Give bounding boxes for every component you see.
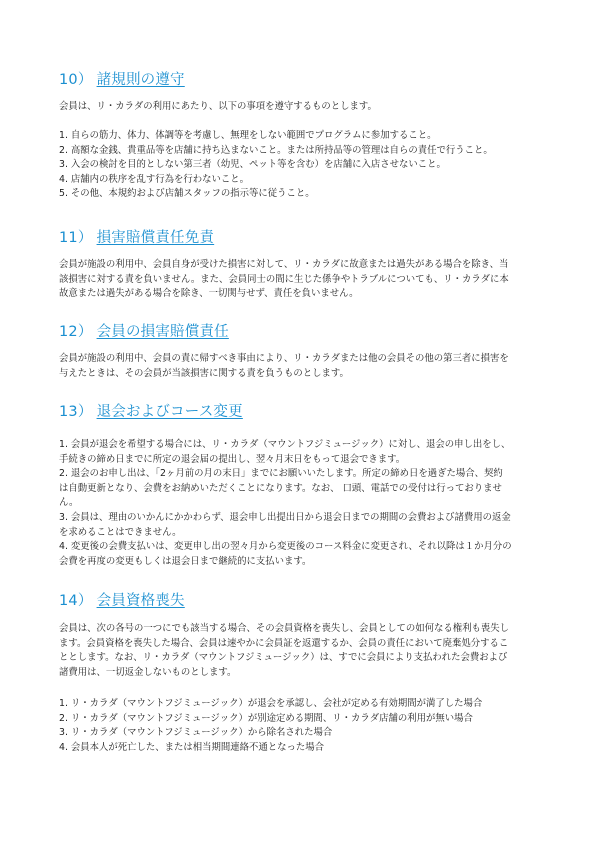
section-number: 13） bbox=[59, 404, 93, 420]
section-number: 10） bbox=[59, 72, 93, 88]
list-item-line: 1. 会員が退会を希望する場合には、リ・カラダ（マウントフジミュージック）に対し… bbox=[59, 438, 539, 453]
list-item-line: は自動更新となり、会費をお納めいただくことになります。なお、 口頭、電話での受付… bbox=[59, 482, 539, 497]
section-title: 諸規則の遵守 bbox=[97, 72, 185, 88]
section-number: 14） bbox=[59, 593, 93, 609]
list-item-line: 2. 退会のお申し出は、「2ヶ月前の月の末日」までにお願いいたします。所定の締め… bbox=[59, 467, 539, 482]
section-title: 会員資格喪失 bbox=[97, 593, 185, 609]
paragraph-line: 諸費用は、一切返金しないものとします。 bbox=[59, 666, 539, 681]
section-12-heading: 12）会員の損害賠償責任 bbox=[59, 320, 229, 341]
section-14-list: 1. リ・カラダ（マウントフジミュージック）が退会を承認し、会社が定める有効期間… bbox=[59, 697, 539, 755]
list-item-line: 4. 変更後の会費支払いは、変更申し出の翌々月から変更後のコース料金に変更され、… bbox=[59, 540, 539, 555]
list-item-line: 会費を再度の変更もしくは退会日まで継続的に支払います。 bbox=[59, 555, 539, 570]
section-13-heading: 13）退会およびコース変更 bbox=[59, 400, 243, 421]
paragraph-line: ます。会員資格を喪失した場合、会員は速やかに会員証を返還するか、会員の責任におい… bbox=[59, 637, 539, 652]
list-item: 1. リ・カラダ（マウントフジミュージック）が退会を承認し、会社が定める有効期間… bbox=[59, 697, 539, 712]
list-item: 4. 会員本人が死亡した、または相当期間連絡不通となった場合 bbox=[59, 741, 539, 756]
section-13-body: 1. 会員が退会を希望する場合には、リ・カラダ（マウントフジミュージック）に対し… bbox=[59, 438, 539, 569]
section-title: 損害賠償責任免責 bbox=[97, 230, 215, 246]
section-11-heading: 11）損害賠償責任免責 bbox=[59, 226, 214, 247]
list-item: 2. リ・カラダ（マウントフジミュージック）が別途定める期間、リ・カラダ店舗の利… bbox=[59, 712, 539, 727]
list-item-line: 3. 会員は、理由のいかんにかかわらず、退会申し出提出日から退会日までの期間の会… bbox=[59, 511, 539, 526]
list-item-line: 手続きの締め日までに所定の退会届の提出し、翌々月末日をもって退会できます。 bbox=[59, 453, 539, 468]
paragraph-line: 会員が施設の利用中、会員の責に帰すべき事由により、リ・カラダまたは他の会員その他… bbox=[59, 352, 539, 367]
section-10-heading: 10）諸規則の遵守 bbox=[59, 68, 185, 89]
section-12-body: 会員が施設の利用中、会員の責に帰すべき事由により、リ・カラダまたは他の会員その他… bbox=[59, 352, 539, 381]
list-item: 4. 店舗内の秩序を乱す行為を行わないこと。 bbox=[59, 173, 539, 188]
list-item: 5. その他、本規約および店舗スタッフの指示等に従うこと。 bbox=[59, 187, 539, 202]
section-14-body: 会員は、次の各号の一つにでも該当する場合、その会員資格を喪失し、会員としての如何… bbox=[59, 622, 539, 680]
list-item: 1. 自らの筋力、体力、体調等を考慮し、無理をしない範囲でプログラムに参加するこ… bbox=[59, 129, 539, 144]
paragraph-line: 故意または過失がある場合を除き、一切関与せず、責任を負いません。 bbox=[59, 287, 539, 302]
section-title: 退会およびコース変更 bbox=[97, 404, 243, 420]
paragraph-line: ととします。なお、リ・カラダ（マウントフジミュージック）は、すでに会員により支払… bbox=[59, 651, 539, 666]
list-item: 3. 入会の検討を目的としない第三者（幼児、ペット等を含む）を店舗に入店させない… bbox=[59, 158, 539, 173]
paragraph-line: 与えたときは、その会員が当該損害に関する責を負うものとします。 bbox=[59, 367, 539, 382]
section-number: 12） bbox=[59, 324, 93, 340]
paragraph-line: 会員が施設の利用中、会員自身が受けた損害に対して、リ・カラダに故意または過失があ… bbox=[59, 258, 539, 273]
document-page: 10）諸規則の遵守 会員は、リ・カラダの利用にあたり、以下の事項を遵守するものと… bbox=[0, 0, 595, 841]
section-14-heading: 14）会員資格喪失 bbox=[59, 589, 185, 610]
list-item: 2. 高額な金銭、貴重品等を店舗に持ち込まないこと。または所持品等の管理は自らの… bbox=[59, 144, 539, 159]
section-11-body: 会員が施設の利用中、会員自身が受けた損害に対して、リ・カラダに故意または過失があ… bbox=[59, 258, 539, 302]
list-item: 3. リ・カラダ（マウントフジミュージック）から除名された場合 bbox=[59, 726, 539, 741]
section-10-intro: 会員は、リ・カラダの利用にあたり、以下の事項を遵守するものとします。 bbox=[59, 100, 539, 115]
section-number: 11） bbox=[59, 230, 93, 246]
section-10-list: 1. 自らの筋力、体力、体調等を考慮し、無理をしない範囲でプログラムに参加するこ… bbox=[59, 129, 539, 202]
paragraph-line: 会員は、次の各号の一つにでも該当する場合、その会員資格を喪失し、会員としての如何… bbox=[59, 622, 539, 637]
paragraph: 会員は、リ・カラダの利用にあたり、以下の事項を遵守するものとします。 bbox=[59, 100, 539, 115]
section-title: 会員の損害賠償責任 bbox=[97, 324, 229, 340]
list-item-line: を求めることはできません。 bbox=[59, 526, 539, 541]
paragraph-line: 該損害に対する責を負いません。また、会員同士の間に生じた係争やトラブルについても… bbox=[59, 273, 539, 288]
list-item-line: ん。 bbox=[59, 496, 539, 511]
